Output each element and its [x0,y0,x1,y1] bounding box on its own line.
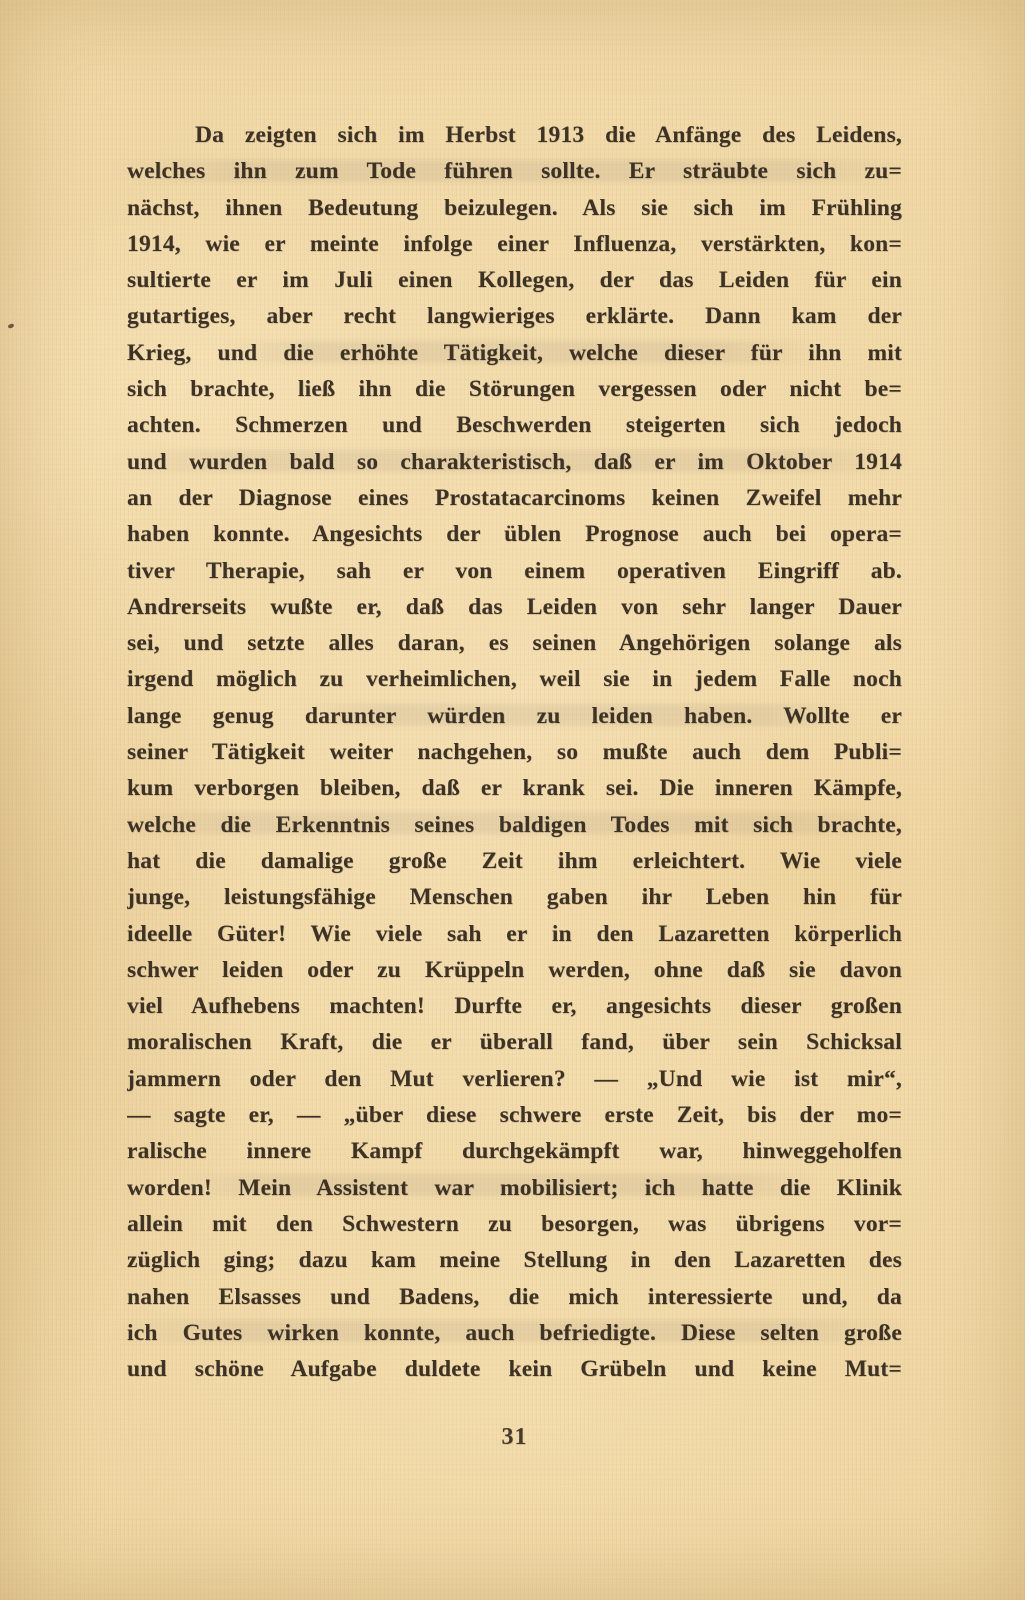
text-line: moralischen Kraft, die er überall fand, … [127,1024,902,1060]
page-number: 31 [127,1424,902,1451]
text-line: ralische innere Kampf durchgekämpft war,… [127,1133,902,1169]
text-line: viel Aufhebens machten! Durfte er, anges… [127,988,902,1024]
text-line: kum verborgen bleiben, daß er krank sei.… [127,770,902,806]
text-line: nahen Elsasses und Badens, die mich inte… [127,1279,902,1315]
text-line: Andrerseits wußte er, daß das Leiden von… [127,589,902,625]
text-line: achten. Schmerzen und Beschwerden steige… [127,407,902,443]
text-line: schwer leiden oder zu Krüppeln werden, o… [127,952,902,988]
text-line: tiver Therapie, sah er von einem operati… [127,553,902,589]
text-line: hat die damalige große Zeit ihm erleicht… [127,843,902,879]
text-line: 1914, wie er meinte infolge einer Influe… [127,226,902,262]
text-line: welche die Erkenntnis seines baldigen To… [127,807,902,843]
text-line: nächst, ihnen Bedeutung beizulegen. Als … [127,190,902,226]
text-line: junge, leistungsfähige Menschen gaben ih… [127,879,902,915]
text-line: — sagte er, — „über diese schwere erste … [127,1097,902,1133]
text-line: und schöne Aufgabe duldete kein Grübeln … [127,1351,902,1387]
ink-speck [8,323,15,328]
text-line: Krieg, und die erhöhte Tätigkeit, welche… [127,335,902,371]
text-line: sei, und setzte alles daran, es seinen A… [127,625,902,661]
text-line: jammern oder den Mut verlieren? — „Und w… [127,1061,902,1097]
text-line: lange genug darunter würden zu leiden ha… [127,698,902,734]
text-line: welches ihn zum Tode führen sollte. Er s… [127,153,902,189]
text-line: ich Gutes wirken konnte, auch befriedigt… [127,1315,902,1351]
text-line: Da zeigten sich im Herbst 1913 die Anfän… [127,117,902,153]
text-line: ideelle Güter! Wie viele sah er in den L… [127,916,902,952]
text-line: züglich ging; dazu kam meine Stellung in… [127,1242,902,1278]
text-line: sich brachte, ließ ihn die Störungen ver… [127,371,902,407]
book-page-scan: Da zeigten sich im Herbst 1913 die Anfän… [0,0,1025,1600]
text-line: irgend möglich zu verheimlichen, weil si… [127,661,902,697]
text-line: allein mit den Schwestern zu besorgen, w… [127,1206,902,1242]
text-line: und wurden bald so charakteristisch, daß… [127,444,902,480]
text-line: worden! Mein Assistent war mobilisiert; … [127,1170,902,1206]
text-line: sultierte er im Juli einen Kollegen, der… [127,262,902,298]
text-line: gutartiges, aber recht langwieriges erkl… [127,298,902,334]
text-line: haben konnte. Angesichts der üblen Progn… [127,516,902,552]
text-line: an der Diagnose eines Prostatacarcinoms … [127,480,902,516]
page-body-text: Da zeigten sich im Herbst 1913 die Anfän… [127,117,902,1387]
text-line: seiner Tätigkeit weiter nachgehen, so mu… [127,734,902,770]
